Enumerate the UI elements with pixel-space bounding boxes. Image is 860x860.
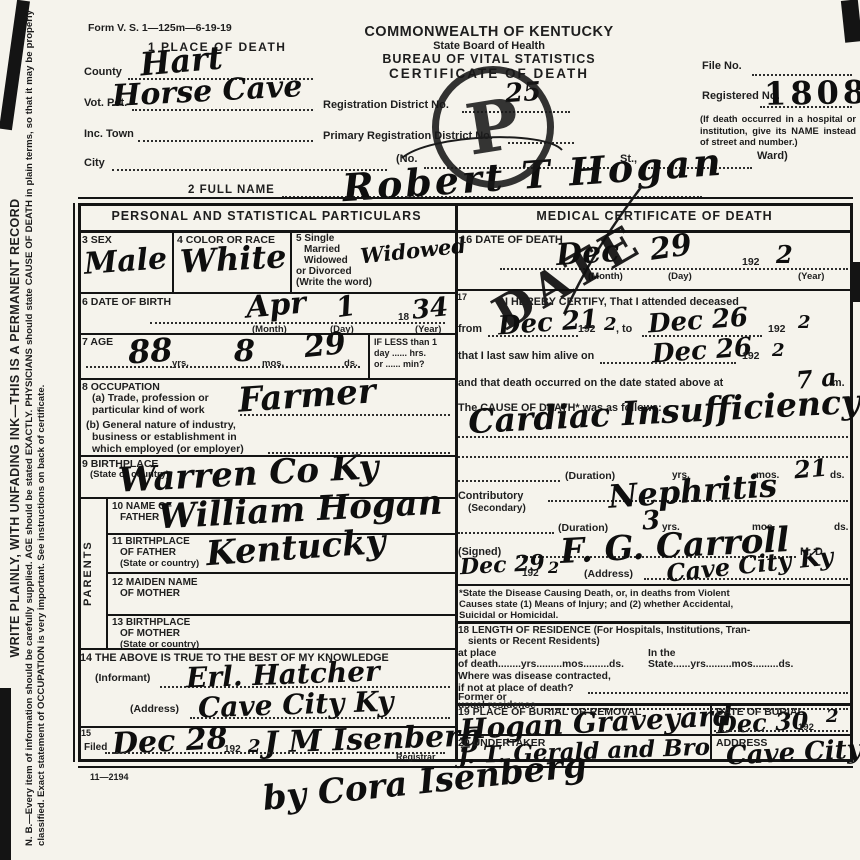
full-name-label: 2 FULL NAME [188,184,275,196]
margin-nb-note: N. B.—Every item of information should b… [24,10,47,846]
certify-number: 17 [457,292,467,302]
age-months-value: 8 [234,334,255,369]
cause-line-2 [458,456,848,458]
occupation-b3: which employed (or employer) [92,443,244,455]
dob-line [150,322,445,324]
ifless-box: IF LESS than 1 day ...... hrs. or ......… [374,337,437,370]
footnote-line1: *State the Disease Causing Death, or, in… [459,588,733,599]
rule-l-614 [106,614,455,616]
burial-year-value: 2 [826,706,839,727]
secondary-label: (Secondary) [468,503,526,514]
footnote-line3: Suicidal or Homicidal. [459,610,733,621]
sex-value: Male [83,241,168,282]
mother-bp-label2: OF MOTHER [120,628,180,639]
death-certificate-scan: WRITE PLAINLY, WITH UNFADING INK—THIS IS… [0,0,860,860]
p-stamp-letter: P [462,88,525,165]
ifless-l3: or ...... min? [374,359,437,370]
cause-line-1 [458,436,848,438]
scan-artifact-right-edge [853,262,860,302]
informant-address-label: (Address) [130,703,179,715]
from-year-value: 2 [604,314,617,335]
margin-write-plainly: WRITE PLAINLY, WITH UNFADING INK—THIS IS… [8,10,22,846]
signed-address-label: (Address) [584,568,633,580]
mother-name-label1: 12 MAIDEN NAME [112,577,198,588]
last-saw-label: that I last saw him alive on [458,350,594,362]
mother-name-label2: OF MOTHER [120,588,180,599]
rule-under-titles [78,230,853,233]
date-of-death-label: 16 DATE OF DEATH [460,234,563,246]
father-name-label2: FATHER [120,512,159,523]
burial-date-line [714,730,848,732]
informant-address-value: Cave City Ky [197,685,394,725]
parents-cell-divider [106,497,108,648]
from-line [488,335,578,337]
father-bp-label3: (State or country) [120,558,199,569]
residence-contracted: Where was disease contracted, [458,671,611,682]
duration2-ds-label: ds. [834,522,848,533]
dod-year-value: 2 [776,240,793,269]
filed-section-number: 15 [81,728,91,738]
occupation-a1: (a) Trade, profession or [92,392,209,404]
lastsaw-year-prefix: 192 [742,350,760,362]
attended-to-label: , to [616,323,632,335]
commonwealth-title: COMMONWEALTH OF KENTUCKY [330,24,648,40]
occupation-a2: particular kind of work [92,404,205,416]
from-year-prefix: 192 [578,323,596,335]
duration1-ds-label: ds. [830,470,844,481]
informant-label: (Informant) [95,672,150,684]
hospital-note: (If death occurred in a hospital or inst… [700,114,856,149]
sex-race-divider [172,230,174,292]
residence-atplace-2: of death........yrs.........mos.........… [458,659,624,670]
lastsaw-line [600,362,736,364]
race-value: White [179,237,287,281]
rule-r-584 [455,584,853,586]
mother-bp-label3: (State or country) [120,639,199,650]
occupation-b1: (b) General nature of industry, [86,419,236,431]
age-line [86,366,360,368]
father-bp-label1: 11 BIRTHPLACE [112,536,190,547]
footnote-line2: Causes state (1) Means of Injury; and (2… [459,599,733,610]
dod-year-sublabel: (Year) [798,271,824,282]
residence-title-1: 18 LENGTH OF RESIDENCE (For Hospitals, I… [458,625,750,636]
residence-ifnot-line [588,692,848,694]
attended-from-label: from [458,323,482,335]
dod-day-value: 29 [648,227,694,267]
medical-section-title: MEDICAL CERTIFICATE OF DEATH [458,209,851,223]
mother-bp-label1: 13 BIRTHPLACE [112,617,190,628]
contributory-label: Contributory [458,490,523,502]
rule-l-572 [106,572,455,574]
occupation-b2: business or establishment in [92,431,237,443]
filed-date-value: Dec 28 [111,721,228,762]
age-label: 7 AGE [82,336,113,348]
personal-section-title: PERSONAL AND STATISTICAL PARTICULARS [80,209,453,223]
rule-r-621 [455,621,853,624]
filed-label: Filed [84,742,107,753]
dob-label: 6 DATE OF BIRTH [82,296,171,308]
duration1-days-value: 21 [793,453,829,485]
filed-line [105,752,445,754]
signed-year-prefix: 192 [522,568,539,579]
registration-district-label: Registration District No. [323,99,449,111]
form-footer-code: 11—2194 [90,772,129,782]
residence-atplace-1: at place [458,648,496,659]
to-year-value: 2 [798,312,811,333]
city-label: City [84,157,105,169]
signed-year-value: 2 [548,558,559,577]
burial-date-value: Dec 30 [715,706,809,740]
scan-artifact-top-right [841,0,860,43]
parents-group-label: PARENTS [82,505,94,641]
state-board-subtitle: State Board of Health [330,40,648,52]
to-year-prefix: 192 [768,323,786,335]
marital-label-l5: (Write the word) [296,277,372,288]
father-bp-label2: OF FATHER [120,547,176,558]
form-number: Form V. S. 1—125m—6-19-19 [88,22,232,34]
duration2-lead-line [458,532,554,534]
inc-town-label: Inc. Town [84,128,134,140]
left-margin-instructions: WRITE PLAINLY, WITH UNFADING INK—THIS IS… [8,10,47,846]
dod-year-prefix: 192 [742,256,760,268]
death-occurred-label: and that death occurred on the date stat… [458,377,723,389]
residence-instate-2: State......yrs.........mos.........ds. [648,659,793,670]
lastsaw-year-value: 2 [772,340,785,361]
race-marital-divider [290,230,292,292]
table-left-inner-line [73,203,75,762]
duration1-lead-line [458,480,560,482]
footnote-block: *State the Disease Causing Death, or, in… [459,588,733,621]
ifless-l1: IF LESS than 1 [374,337,437,348]
file-no-label: File No. [702,60,742,72]
bureau-subtitle: BUREAU OF VITAL STATISTICS [330,52,648,66]
header-divider-line [78,197,853,199]
dob-month-value: Apr [245,285,308,325]
inc-town-line [138,140,313,142]
age-days-value: 29 [302,326,347,365]
county-label: County [84,66,122,78]
dob-year-value: 34 [411,292,450,326]
residence-instate-1: In the [648,648,675,659]
dod-day-sublabel: (Day) [668,271,692,282]
dob-year-sublabel: (Year) [415,324,441,335]
ward-label: Ward) [757,150,788,162]
precinct-value: Horse Cave [111,69,303,114]
ifless-l2: day ...... hrs. [374,348,437,359]
residence-title-2: sients or Recent Residents) [468,636,600,647]
registered-no-line [760,106,852,108]
dob-month-sublabel: (Month) [252,324,287,335]
